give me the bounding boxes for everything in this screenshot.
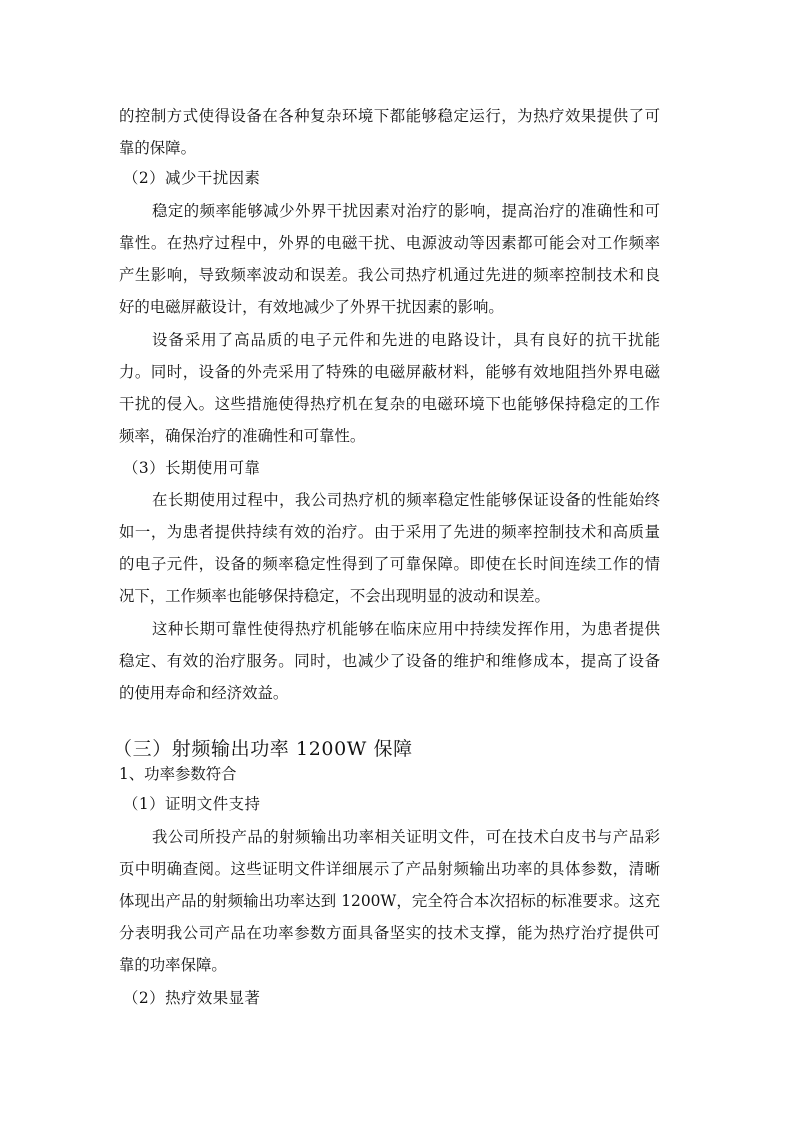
paragraph-line: 力。同时，设备的外壳采用了特殊的电磁屏蔽材料，能够有效地阻挡外界电磁 xyxy=(119,362,660,382)
paragraph-line: 干扰的侵入。这些措施使得热疗机在复杂的电磁环境下也能够保持稳定的工作 xyxy=(119,394,660,414)
paragraph-line: 在长期使用过程中，我公司热疗机的频率稳定性能够保证设备的性能始终 xyxy=(152,490,660,510)
paragraph-line: 好的电磁屏蔽设计，有效地减少了外界干扰因素的影响。 xyxy=(119,297,504,317)
section-heading-rf-power: （三）射频输出功率 1200W 保障 xyxy=(113,736,413,762)
paragraph-line: 产生影响，导致频率波动和误差。我公司热疗机通过先进的频率控制技术和良 xyxy=(119,265,660,285)
subheading-reduce-interference: （2）减少干扰因素 xyxy=(123,168,260,188)
paragraph-line: 的电子元件，设备的频率稳定性得到了可靠保障。即使在长时间连续工作的情 xyxy=(119,554,660,574)
paragraph-line: 频率，确保治疗的准确性和可靠性。 xyxy=(119,426,365,446)
paragraph-line: 的控制方式使得设备在各种复杂环境下都能够稳定运行，为热疗效果提供了可 xyxy=(119,106,660,126)
paragraph-line: 我公司所投产品的射频输出功率相关证明文件，可在技术白皮书与产品彩 xyxy=(152,827,660,847)
paragraph-line: 设备采用了高品质的电子元件和先进的电路设计，具有良好的抗干扰能 xyxy=(152,330,660,350)
paragraph-line: 稳定、有效的治疗服务。同时，也减少了设备的维护和维修成本，提高了设备 xyxy=(119,651,660,671)
paragraph-line: 页中明确查阅。这些证明文件详细展示了产品射频输出功率的具体参数，清晰 xyxy=(119,859,660,879)
paragraph-line: 这种长期可靠性使得热疗机能够在临床应用中持续发挥作用，为患者提供 xyxy=(152,619,660,639)
subheading-power-params: 1、功率参数符合 xyxy=(119,764,237,784)
paragraph-line: 体现出产品的射频输出功率达到 1200W，完全符合本次招标的标准要求。这充 xyxy=(119,891,660,911)
paragraph-line: 稳定的频率能够减少外界干扰因素对治疗的影响，提高治疗的准确性和可 xyxy=(152,201,660,221)
paragraph-line: 如一，为患者提供持续有效的治疗。由于采用了先进的频率控制技术和高质量 xyxy=(119,522,660,542)
paragraph-line: 的使用寿命和经济效益。 xyxy=(119,683,288,703)
subheading-long-term-reliability: （3）长期使用可靠 xyxy=(123,458,260,478)
subheading-therapy-effect: （2）热疗效果显著 xyxy=(123,988,260,1008)
paragraph-line: 况下，工作频率也能够保持稳定，不会出现明显的波动和误差。 xyxy=(119,586,550,606)
subheading-certificates: （1）证明文件支持 xyxy=(123,794,260,814)
paragraph-line: 分表明我公司产品在功率参数方面具备坚实的技术支撑，能为热疗治疗提供可 xyxy=(119,923,660,943)
paragraph-line: 靠的功率保障。 xyxy=(119,955,227,975)
paragraph-line: 靠的保障。 xyxy=(119,138,196,158)
paragraph-line: 靠性。在热疗过程中，外界的电磁干扰、电源波动等因素都可能会对工作频率 xyxy=(119,233,660,253)
